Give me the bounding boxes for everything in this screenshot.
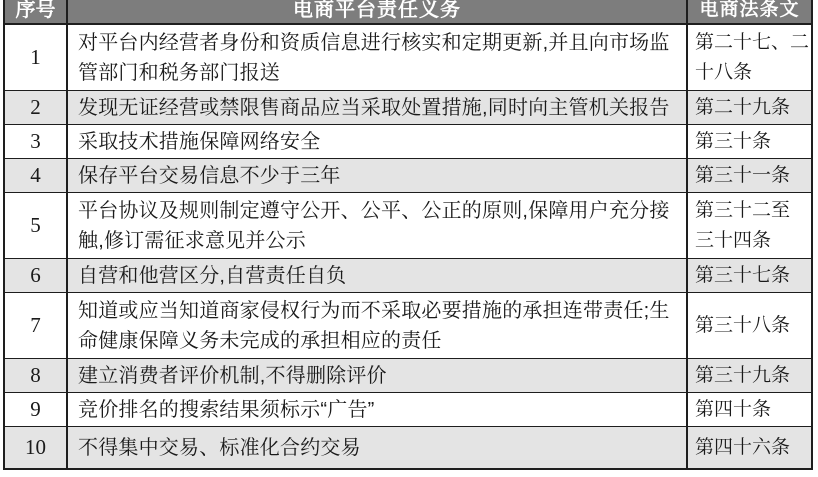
row-number-cell: 4 xyxy=(5,159,66,192)
table-header-row: 序号 电商平台责任义务 电商法条文 xyxy=(5,0,811,25)
duty-cell: 不得集中交易、标准化合约交易 xyxy=(66,427,686,468)
header-label-article: 电商法条文 xyxy=(688,0,811,22)
article-cell: 第三十一条 xyxy=(686,159,811,192)
table-row: 2 发现无证经营或禁限售商品应当采取处置措施,同时向主管机关报告 第二十九条 xyxy=(5,91,811,125)
table-row: 3 采取技术措施保障网络安全 第三十条 xyxy=(5,125,811,159)
row-number-cell: 5 xyxy=(5,193,66,258)
header-cell-duty: 电商平台责任义务 xyxy=(66,0,686,23)
header-label-duty: 电商平台责任义务 xyxy=(68,0,686,22)
header-cell-article: 电商法条文 xyxy=(686,0,811,23)
header-cell-index: 序号 xyxy=(5,0,66,23)
table-row: 7 知道或应当知道商家侵权行为而不采取必要措施的承担连带责任;生命健康保障义务未… xyxy=(5,293,811,359)
duty-cell: 采取技术措施保障网络安全 xyxy=(66,125,686,158)
table-row: 4 保存平台交易信息不少于三年 第三十一条 xyxy=(5,159,811,193)
table-row: 5 平台协议及规则制定遵守公开、公平、公正的原则,保障用户充分接触,修订需征求意… xyxy=(5,193,811,259)
row-number-cell: 10 xyxy=(5,427,66,468)
duty-cell: 对平台内经营者身份和资质信息进行核实和定期更新,并且向市场监管部门和税务部门报送 xyxy=(66,25,686,90)
article-cell: 第二十七、二 十八条 xyxy=(686,25,811,90)
article-cell: 第二十九条 xyxy=(686,91,811,124)
row-number-cell: 9 xyxy=(5,393,66,426)
table-row: 10 不得集中交易、标准化合约交易 第四十六条 xyxy=(5,427,811,468)
duty-cell: 知道或应当知道商家侵权行为而不采取必要措施的承担连带责任;生命健康保障义务未完成… xyxy=(66,293,686,358)
duty-cell: 竞价排名的搜索结果须标示“广告” xyxy=(66,393,686,426)
article-cell: 第三十二至 三十四条 xyxy=(686,193,811,258)
article-cell: 第三十条 xyxy=(686,125,811,158)
article-cell: 第三十八条 xyxy=(686,293,811,358)
duty-cell: 保存平台交易信息不少于三年 xyxy=(66,159,686,192)
duty-cell: 平台协议及规则制定遵守公开、公平、公正的原则,保障用户充分接触,修订需征求意见并… xyxy=(66,193,686,258)
article-cell: 第三十七条 xyxy=(686,259,811,292)
row-number-cell: 8 xyxy=(5,359,66,392)
article-cell: 第四十条 xyxy=(686,393,811,426)
row-number-cell: 1 xyxy=(5,25,66,90)
table-row: 9 竞价排名的搜索结果须标示“广告” 第四十条 xyxy=(5,393,811,427)
row-number-cell: 6 xyxy=(5,259,66,292)
row-number-cell: 2 xyxy=(5,91,66,124)
table-row: 6 自营和他营区分,自营责任自负 第三十七条 xyxy=(5,259,811,293)
article-cell: 第四十六条 xyxy=(686,427,811,468)
table-row: 1 对平台内经营者身份和资质信息进行核实和定期更新,并且向市场监管部门和税务部门… xyxy=(5,25,811,91)
scanned-document-page: 序号 电商平台责任义务 电商法条文 1 对平台内经营者身份和资质信息进行核实和定… xyxy=(0,0,818,477)
article-cell: 第三十九条 xyxy=(686,359,811,392)
row-number-cell: 3 xyxy=(5,125,66,158)
header-label-index: 序号 xyxy=(5,0,66,22)
table-row: 8 建立消费者评价机制,不得删除评价 第三十九条 xyxy=(5,359,811,393)
duty-cell: 自营和他营区分,自营责任自负 xyxy=(66,259,686,292)
row-number-cell: 7 xyxy=(5,293,66,358)
duty-cell: 发现无证经营或禁限售商品应当采取处置措施,同时向主管机关报告 xyxy=(66,91,686,124)
ecommerce-law-duties-table: 序号 电商平台责任义务 电商法条文 1 对平台内经营者身份和资质信息进行核实和定… xyxy=(3,0,813,470)
duty-cell: 建立消费者评价机制,不得删除评价 xyxy=(66,359,686,392)
